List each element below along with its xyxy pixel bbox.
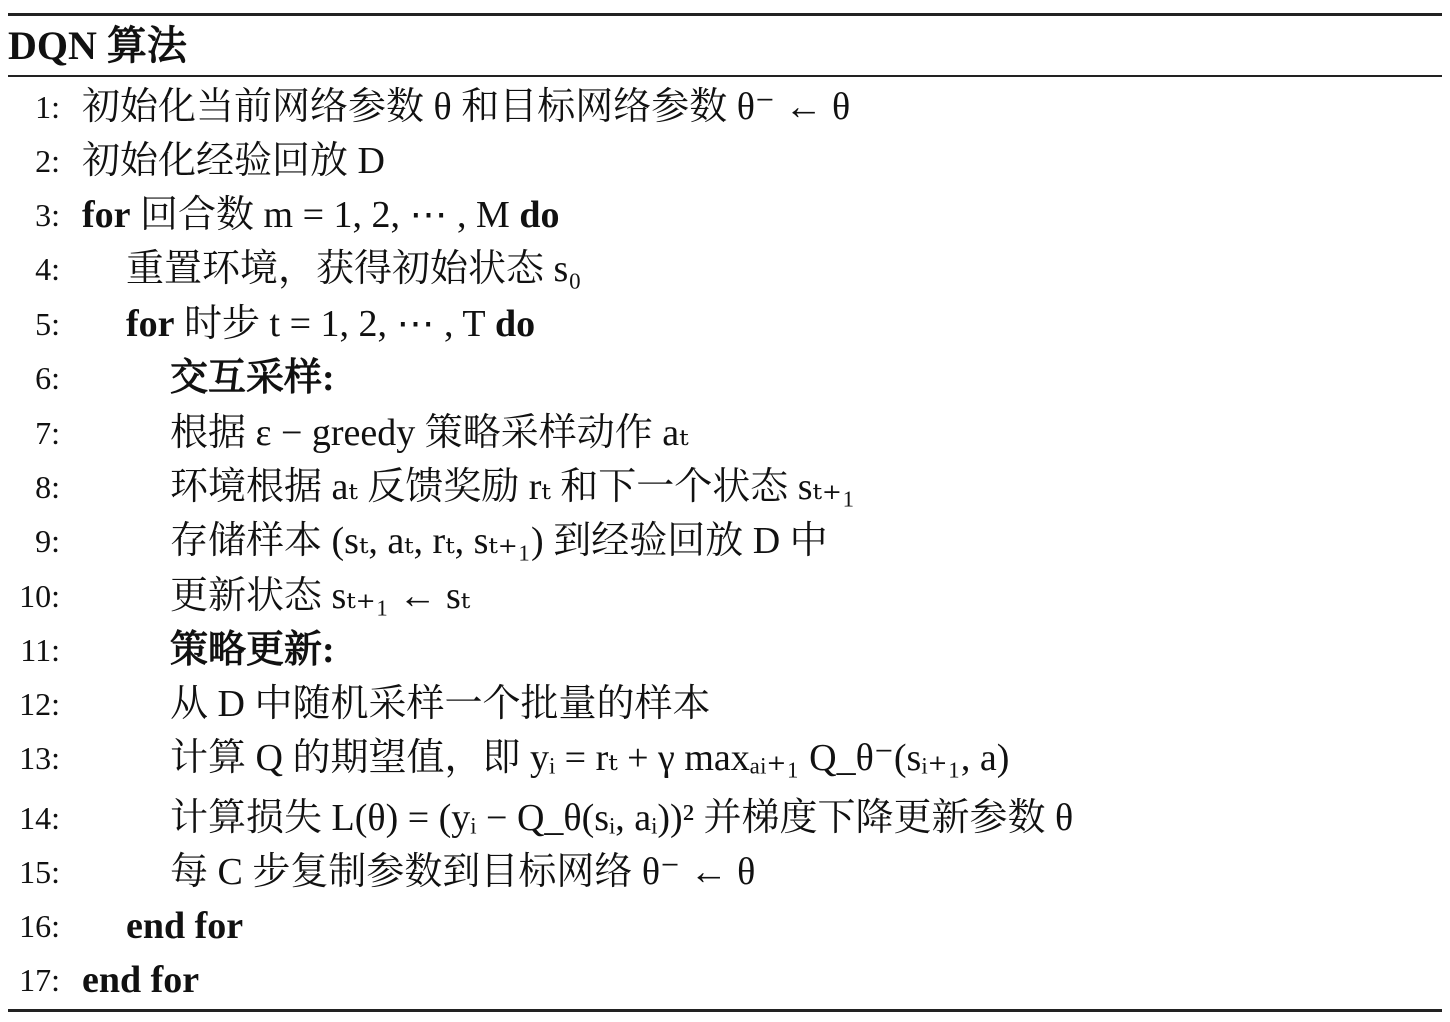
line-content: for 时步 t = 1, 2, ⋯ , T do [126,297,535,351]
title-rule [8,75,1442,77]
keyword: end for [126,905,243,947]
line-content: 计算 Q 的期望值，即 yᵢ = rₜ + γ maxₐᵢ₊₁ Q_θ⁻(sᵢ₊… [170,731,1009,785]
line-content: 更新状态 sₜ₊₁ ← sₜ [170,569,470,623]
line-content: 从 D 中随机采样一个批量的样本 [170,677,710,731]
line-text: 更新状态 sₜ₊₁ ← sₜ [170,575,470,617]
line-content: 存储样本 (sₜ, aₜ, rₜ, sₜ₊₁) 到经验回放 D 中 [170,514,828,568]
line-text: 回合数 m = 1, 2, ⋯ , M [131,194,510,236]
keyword: end for [82,959,199,1001]
line-content: 重置环境，获得初始状态 s₀ [126,242,582,296]
line-number: 3: [0,188,60,242]
line-text: 从 D 中随机采样一个批量的样本 [170,683,710,725]
line-content: for 回合数 m = 1, 2, ⋯ , M do [82,188,559,242]
line-content: 策略更新: [170,623,335,677]
line-number: 8: [0,460,60,514]
line-content: 交互采样: [170,351,335,405]
line-text: 每 C 步复制参数到目标网络 θ⁻ ← θ [170,851,755,893]
line-number: 4: [0,242,60,296]
line-content: end for [126,899,243,953]
line-content: 根据 ε − greedy 策略采样动作 aₜ [170,406,689,460]
line-text: 重置环境，获得初始状态 s₀ [126,248,582,290]
line-text: 时步 t = 1, 2, ⋯ , T [175,303,486,345]
line-text: 初始化当前网络参数 θ 和目标网络参数 θ⁻ ← θ [82,86,850,128]
keyword: for [126,303,175,345]
line-text: 环境根据 aₜ 反馈奖励 rₜ 和下一个状态 sₜ₊₁ [170,466,855,508]
line-content: end for [82,953,199,1007]
keyword: do [486,303,536,345]
line-number: 1: [0,80,60,134]
keyword: for [82,194,131,236]
line-number: 10: [0,569,60,623]
section-heading: 交互采样: [170,357,335,399]
line-content: 初始化当前网络参数 θ 和目标网络参数 θ⁻ ← θ [82,80,850,134]
line-number: 13: [0,731,60,785]
line-number: 11: [0,623,60,677]
section-heading: 策略更新: [170,629,335,671]
line-number: 16: [0,899,60,953]
line-number: 15: [0,845,60,899]
line-number: 12: [0,677,60,731]
top-rule [8,13,1442,16]
line-content: 每 C 步复制参数到目标网络 θ⁻ ← θ [170,845,755,899]
line-text: 根据 ε − greedy 策略采样动作 aₜ [170,412,689,454]
line-number: 9: [0,514,60,568]
line-text: 计算 Q 的期望值，即 yᵢ = rₜ + γ maxₐᵢ₊₁ Q_θ⁻(sᵢ₊… [170,737,1009,779]
line-number: 5: [0,297,60,351]
line-text: 计算损失 L(θ) = (yᵢ − Q_θ(sᵢ, aᵢ))² 并梯度下降更新参… [170,797,1073,839]
line-text: 存储样本 (sₜ, aₜ, rₜ, sₜ₊₁) 到经验回放 D 中 [170,520,828,562]
line-content: 初始化经验回放 D [82,134,385,188]
keyword: do [510,194,560,236]
line-text: 初始化经验回放 D [82,140,385,182]
algorithm-title: DQN 算法 [8,20,187,72]
line-number: 2: [0,134,60,188]
line-number: 7: [0,406,60,460]
line-content: 环境根据 aₜ 反馈奖励 rₜ 和下一个状态 sₜ₊₁ [170,460,855,514]
bottom-rule [8,1009,1442,1012]
line-number: 17: [0,953,60,1007]
line-number: 6: [0,351,60,405]
line-number: 14: [0,791,60,845]
line-content: 计算损失 L(θ) = (yᵢ − Q_θ(sᵢ, aᵢ))² 并梯度下降更新参… [170,791,1073,845]
